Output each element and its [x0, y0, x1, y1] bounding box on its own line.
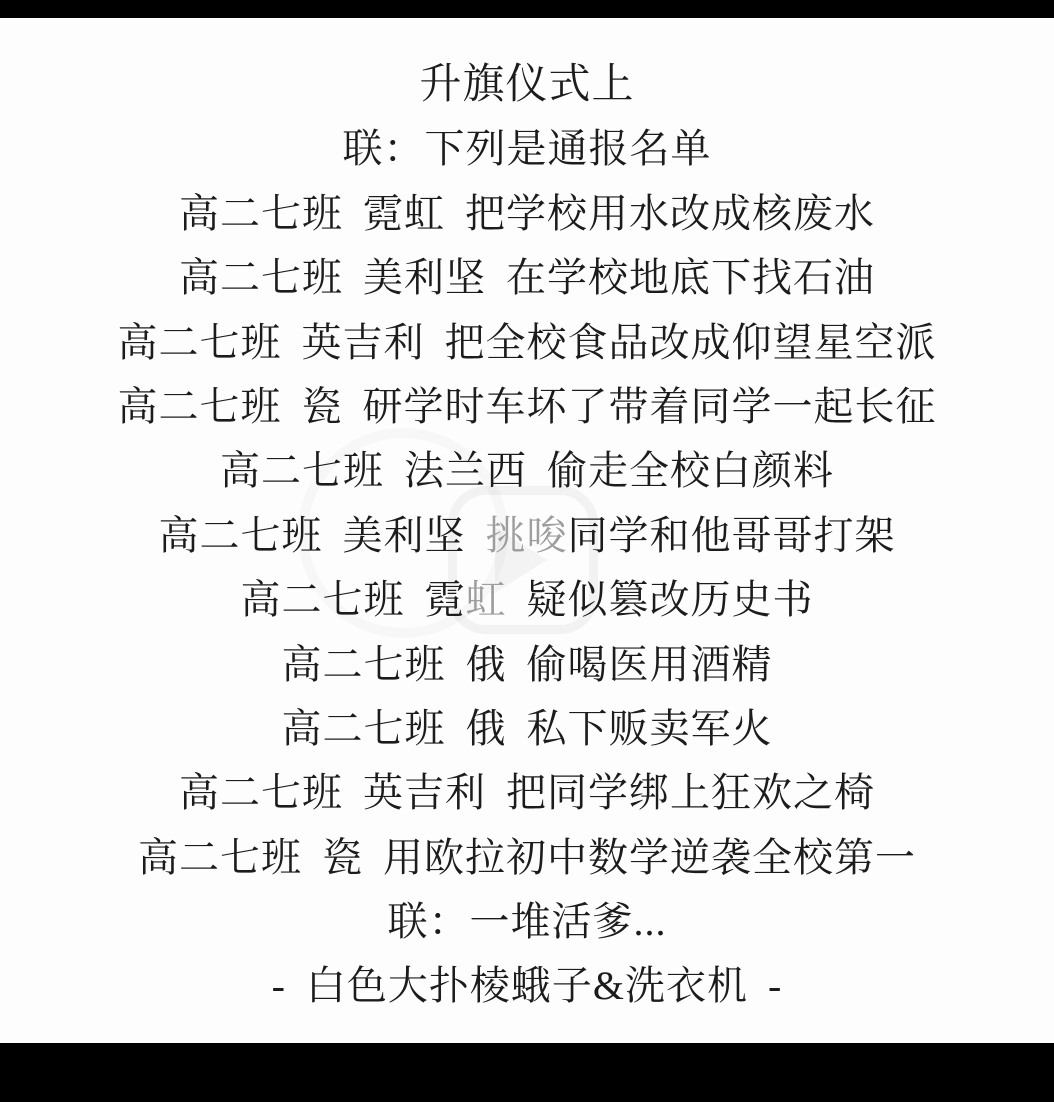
letterbox-bottom [0, 1043, 1054, 1102]
text-line: 高二七班 美利坚 挑唆同学和他哥哥打架 [0, 504, 1054, 568]
text-segment: 同学和他哥哥打架 [568, 513, 896, 558]
meme-image: 升旗仪式上联：下列是通报名单高二七班 霓虹 把学校用水改成核废水高二七班 美利坚… [0, 0, 1054, 1102]
text-segment: 高二七班 美利坚 在学校地底下找石油 [179, 255, 875, 300]
letterbox-top [0, 0, 1054, 18]
text-segment: 高二七班 瓷 用欧拉初中数学逆袭全校第一 [138, 835, 916, 880]
text-segment: 联：下列是通报名单 [343, 126, 712, 171]
text-line: 高二七班 英吉利 把同学绑上狂欢之椅 [0, 761, 1054, 825]
text-line: 联：下列是通报名单 [0, 117, 1054, 181]
text-line: 高二七班 英吉利 把全校食品改成仰望星空派 [0, 311, 1054, 375]
text-segment: 高二七班 俄 私下贩卖军火 [282, 706, 773, 751]
text-line: 高二七班 法兰西 偷走全校白颜料 [0, 439, 1054, 503]
signature-line: - 白色大扑棱蛾子&洗衣机 - [0, 954, 1054, 1018]
text-segment: 联：一堆活爹... [388, 899, 667, 944]
text-segment: 升旗仪式上 [419, 62, 634, 108]
text-segment: 挑唆 [486, 513, 568, 558]
text-segment: 虹 [466, 577, 507, 622]
text-segment: 高二七班 俄 偷喝医用酒精 [282, 642, 773, 687]
text-line: 联：一堆活爹... [0, 890, 1054, 954]
text-line: 高二七班 俄 私下贩卖军火 [0, 697, 1054, 761]
text-line: 高二七班 瓷 研学时车坏了带着同学一起长征 [0, 375, 1054, 439]
text-line: 高二七班 霓虹 疑似篡改历史书 [0, 568, 1054, 632]
text-segment: - 白色大扑棱蛾子&洗衣机 - [272, 963, 783, 1008]
text-segment: 高二七班 英吉利 把全校食品改成仰望星空派 [118, 320, 937, 365]
text-segment: 高二七班 美利坚 [159, 513, 486, 558]
text-line: 高二七班 美利坚 在学校地底下找石油 [0, 246, 1054, 310]
text-segment: 高二七班 法兰西 偷走全校白颜料 [220, 448, 834, 493]
text-segment: 高二七班 霓 [241, 577, 466, 622]
text-segment: 高二七班 英吉利 把同学绑上狂欢之椅 [179, 770, 875, 815]
page-title: 升旗仪式上 [0, 53, 1054, 117]
text-line: 高二七班 俄 偷喝医用酒精 [0, 633, 1054, 697]
text-segment: 疑似篡改历史书 [507, 577, 814, 622]
text-lines: 升旗仪式上联：下列是通报名单高二七班 霓虹 把学校用水改成核废水高二七班 美利坚… [0, 18, 1054, 1043]
text-segment: 高二七班 瓷 研学时车坏了带着同学一起长征 [118, 384, 937, 429]
text-segment: 高二七班 霓虹 把学校用水改成核废水 [179, 191, 875, 236]
text-line: 高二七班 霓虹 把学校用水改成核废水 [0, 182, 1054, 246]
text-line: 高二七班 瓷 用欧拉初中数学逆袭全校第一 [0, 826, 1054, 890]
